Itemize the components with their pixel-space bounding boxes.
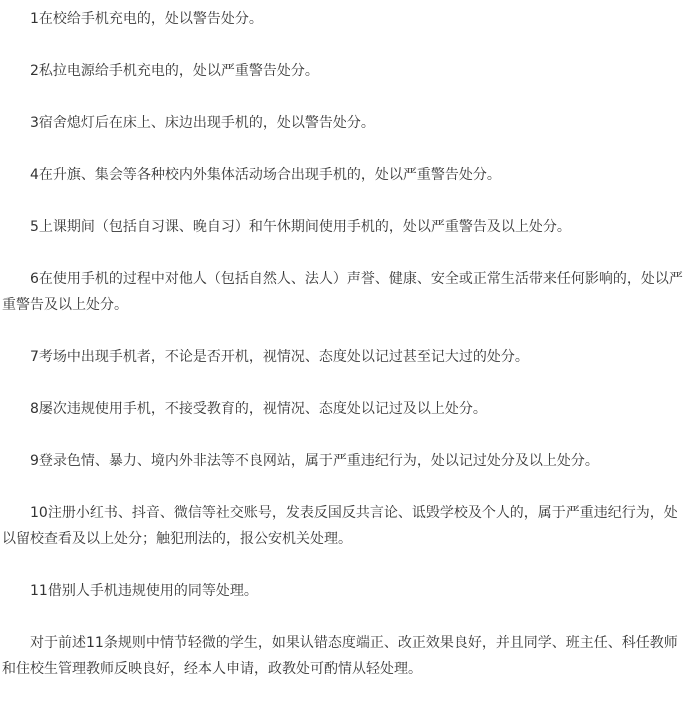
- rule-paragraph-6: 6在使用手机的过程中对他人（包括自然人、法人）声誉、健康、安全或正常生活带来任何…: [2, 266, 683, 318]
- rule-paragraph-3: 3宿舍熄灯后在床上、床边出现手机的，处以警告处分。: [2, 110, 683, 136]
- rule-paragraph-7: 7考场中出现手机者，不论是否开机，视情况、态度处以记过甚至记大过的处分。: [2, 344, 683, 370]
- rule-paragraph-10: 10注册小红书、抖音、微信等社交账号，发表反国反共言论、诋毁学校及个人的，属于严…: [2, 500, 683, 552]
- rule-paragraph-2: 2私拉电源给手机充电的，处以严重警告处分。: [2, 58, 683, 84]
- document-body: 1在校给手机充电的，处以警告处分。 2私拉电源给手机充电的，处以严重警告处分。 …: [0, 0, 685, 682]
- rule-paragraph-11: 11借别人手机违规使用的同等处理。: [2, 578, 683, 604]
- leniency-note-paragraph: 对于前述11条规则中情节轻微的学生，如果认错态度端正、改正效果良好，并且同学、班…: [2, 630, 683, 682]
- rule-paragraph-1: 1在校给手机充电的，处以警告处分。: [2, 6, 683, 32]
- rule-paragraph-8: 8屡次违规使用手机，不接受教育的，视情况、态度处以记过及以上处分。: [2, 396, 683, 422]
- rule-paragraph-5: 5上课期间（包括自习课、晚自习）和午休期间使用手机的，处以严重警告及以上处分。: [2, 214, 683, 240]
- rule-paragraph-4: 4在升旗、集会等各种校内外集体活动场合出现手机的，处以严重警告处分。: [2, 162, 683, 188]
- rule-paragraph-9: 9登录色情、暴力、境内外非法等不良网站，属于严重违纪行为，处以记过处分及以上处分…: [2, 448, 683, 474]
